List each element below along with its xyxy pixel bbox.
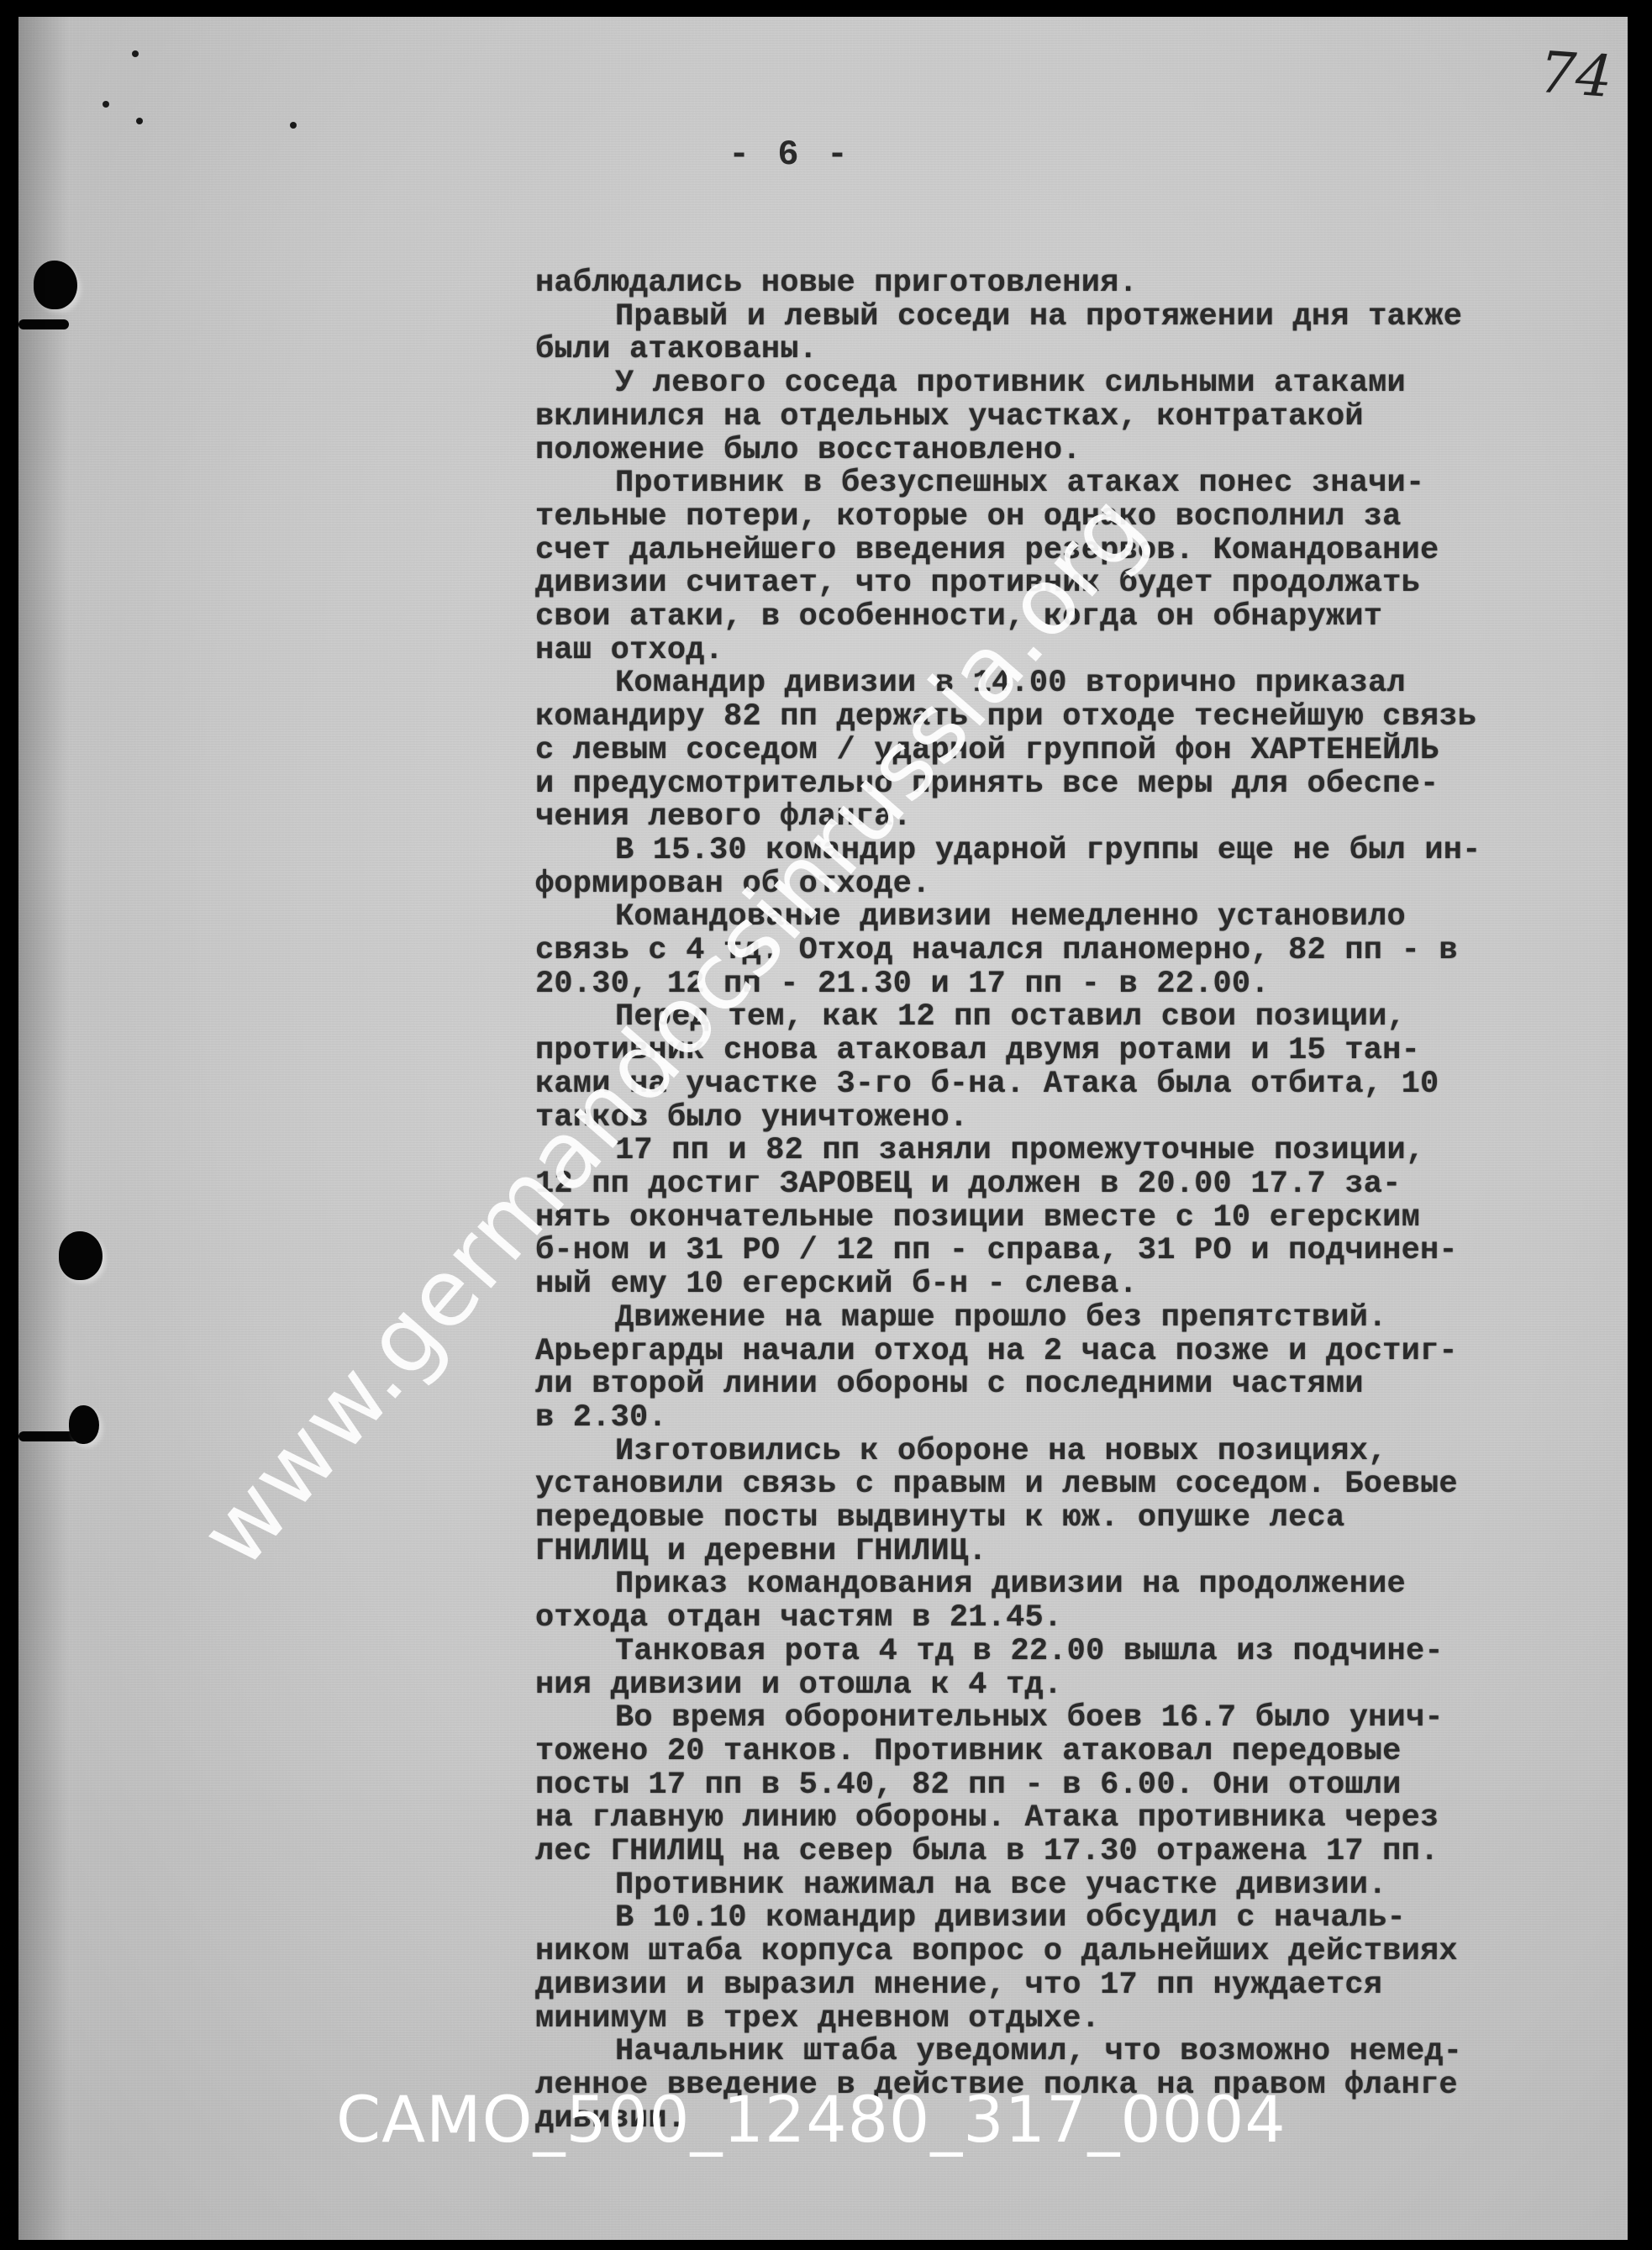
handwritten-folio-number: 74 <box>1537 40 1614 111</box>
text-line: посты 17 пп в 5.40, 82 пп - в 6.00. Они … <box>535 1769 1628 1803</box>
text-line: Командир дивизии в 14.00 вторично приказ… <box>535 667 1628 701</box>
text-line: командиру 82 пп держать при отходе тесне… <box>535 701 1628 735</box>
text-line: 12 пп достиг ЗАРОВЕЦ и должен в 20.00 17… <box>535 1168 1628 1202</box>
text-line: танков было уничтожено. <box>535 1102 1628 1136</box>
text-line: Приказ командования дивизии на продолжен… <box>535 1568 1628 1602</box>
text-line: были атакованы. <box>535 334 1628 367</box>
text-line: ния дивизии и отошла к 4 тд. <box>535 1669 1628 1703</box>
text-line: б-ном и 31 РО / 12 пп - справа, 31 РО и … <box>535 1235 1628 1268</box>
text-line: Правый и левый соседи на протяжении дня … <box>535 301 1628 335</box>
page-number: - 6 - <box>729 134 851 175</box>
paper-speck <box>290 122 297 129</box>
text-line: Движение на марше прошло без препятствий… <box>535 1302 1628 1336</box>
binding-hole <box>69 1405 99 1444</box>
text-line: Противник нажимал на все участке дивизии… <box>535 1869 1628 1903</box>
text-line: с левым соседом / ударной группой фон ХА… <box>535 735 1628 768</box>
text-line: минимум в трех дневном отдыхе. <box>535 2003 1628 2037</box>
binding-hole <box>34 261 77 309</box>
text-line: формирован об отходе. <box>535 868 1628 902</box>
paper-speck <box>103 101 109 108</box>
paper-speck <box>132 50 139 57</box>
archive-id-label: CAMO_500_12480_317_0004 <box>336 2082 1286 2157</box>
text-line: В 15.30 командир ударной группы еще не б… <box>535 835 1628 868</box>
text-line: лес ГНИЛИЦ на север была в 17.30 отражен… <box>535 1836 1628 1869</box>
text-line: отхода отдан частям в 21.45. <box>535 1602 1628 1636</box>
scanned-document-page: - 6 - 74 наблюдались новые приготовления… <box>18 17 1628 2240</box>
text-line: вклинился на отдельных участках, контрат… <box>535 401 1628 435</box>
text-line: дивизии и выразил мнение, что 17 пп нужд… <box>535 1969 1628 2003</box>
text-line: Изготовились к обороне на новых позициях… <box>535 1436 1628 1469</box>
text-line: в 2.30. <box>535 1402 1628 1436</box>
text-line: В 10.10 командир дивизии обсудил с начал… <box>535 1902 1628 1936</box>
text-line: и предусмотрительно принять все меры для… <box>535 768 1628 802</box>
text-line: ли второй линии обороны с последними час… <box>535 1368 1628 1402</box>
text-line: установили связь с правым и левым соседо… <box>535 1468 1628 1502</box>
paper-speck <box>136 118 143 124</box>
text-line: на главную линию обороны. Атака противни… <box>535 1802 1628 1836</box>
text-line: наблюдались новые приготовления. <box>535 267 1628 301</box>
edge-tear <box>18 319 69 329</box>
text-line: тожено 20 танков. Противник атаковал пер… <box>535 1736 1628 1769</box>
text-line: положение было восстановлено. <box>535 435 1628 468</box>
text-line: чения левого фланга. <box>535 801 1628 835</box>
binding-hole <box>59 1231 103 1280</box>
text-line: ный ему 10 егерский б-н - слева. <box>535 1268 1628 1302</box>
text-line: Во время оборонительных боев 16.7 было у… <box>535 1702 1628 1736</box>
text-line: нять окончательные позиции вместе с 10 е… <box>535 1202 1628 1236</box>
text-line: ником штаба корпуса вопрос о дальнейших … <box>535 1936 1628 1969</box>
text-line: Арьергарды начали отход на 2 часа позже … <box>535 1336 1628 1369</box>
text-line: Танковая рота 4 тд в 22.00 вышла из подч… <box>535 1636 1628 1669</box>
text-line: Начальник штаба уведомил, что возможно н… <box>535 2036 1628 2069</box>
text-line: передовые посты выдвинуты к юж. опушке л… <box>535 1502 1628 1536</box>
text-line: ГНИЛИЦ и деревни ГНИЛИЦ. <box>535 1536 1628 1569</box>
text-line: У левого соседа противник сильными атака… <box>535 367 1628 401</box>
text-line: 17 пп и 82 пп заняли промежуточные позиц… <box>535 1135 1628 1168</box>
